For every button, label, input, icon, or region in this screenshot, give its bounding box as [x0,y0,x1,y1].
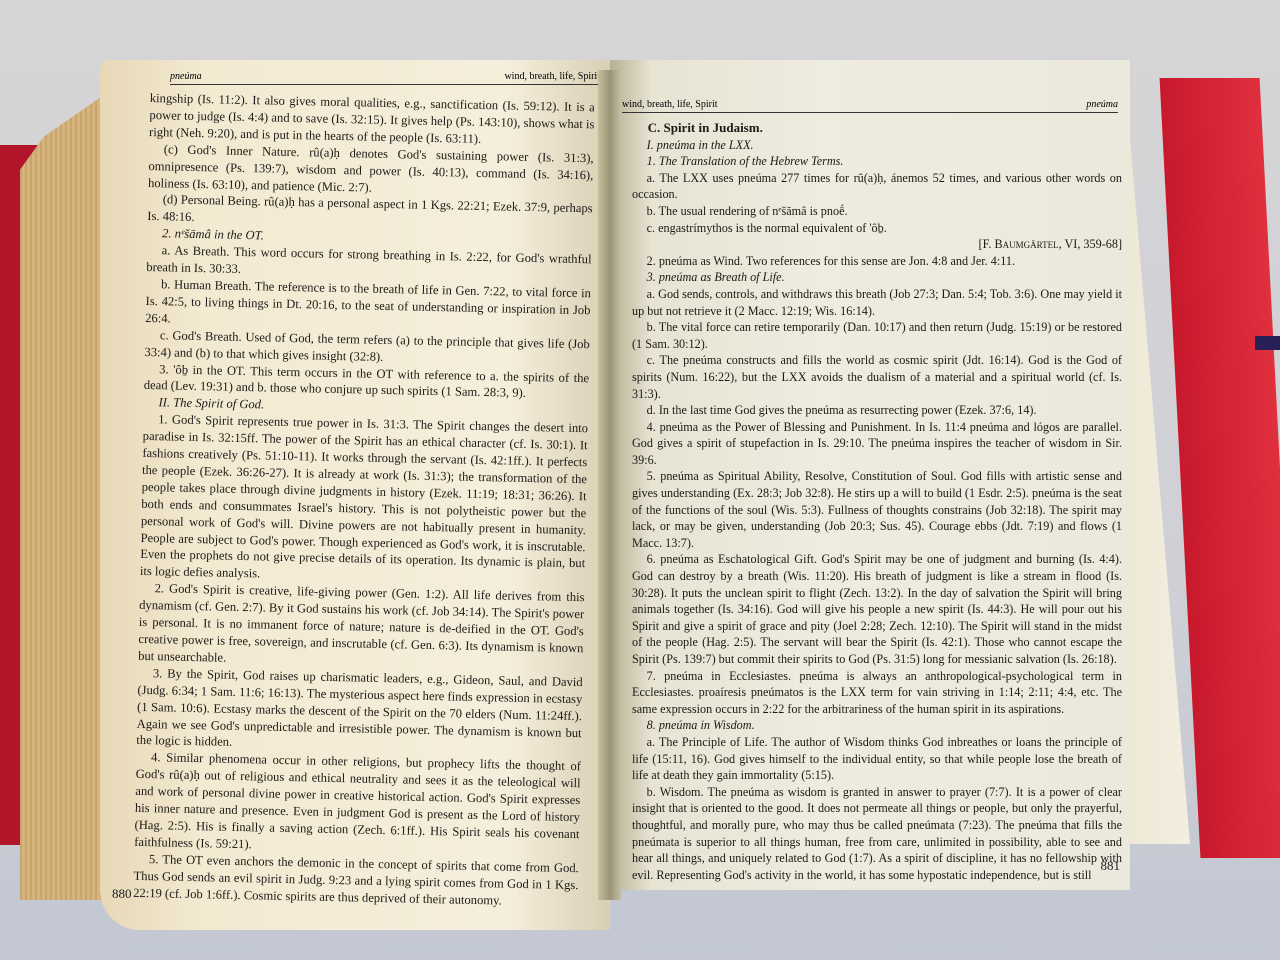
right-page: wind, breath, life, Spirit pneúma C. Spi… [610,60,1130,890]
section-heading: C. Spirit in Judaism. [632,120,1122,137]
running-header: pneúma wind, breath, life, Spirit [170,68,600,85]
author-citation: [F. Baumgärtel, VI, 359-68] [632,236,1122,253]
header-gloss: wind, breath, life, Spirit [504,71,600,82]
book-gutter [598,70,622,900]
paragraph: a. God sends, controls, and withdraws th… [632,286,1122,319]
paragraph: b. Human Breath. The reference is to the… [145,276,591,336]
page-number: 880 [112,886,132,902]
paragraph: b. Wisdom. The pneúma as wisdom is grant… [632,784,1122,884]
header-term: pneúma [1086,99,1118,110]
paragraph: 6. pneúma as Eschatological Gift. God's … [632,551,1122,667]
paragraph: 2. pneúma as Wind. Two references for th… [632,253,1122,270]
paragraph: kingship (Is. 11:2). It also gives moral… [149,90,595,150]
subheading: 3. pneúma as Breath of Life. [632,269,1122,286]
subheading: 1. The Translation of the Hebrew Terms. [632,153,1122,170]
paragraph: a. The LXX uses pneúma 277 times for rû(… [632,170,1122,203]
header-term: pneúma [170,71,202,82]
subheading: 8. pneúma in Wisdom. [632,717,1122,734]
paragraph: d. In the last time God gives the pneúma… [632,402,1122,419]
paragraph: 7. pneúma in Ecclesiastes. pneúma is alw… [632,668,1122,718]
paragraph: b. The vital force can retire temporaril… [632,319,1122,352]
header-gloss: wind, breath, life, Spirit [622,99,718,110]
page-body: C. Spirit in Judaism. I. pneúma in the L… [632,120,1122,883]
paragraph: 4. pneúma as the Power of Blessing and P… [632,419,1122,469]
page-body: kingship (Is. 11:2). It also gives moral… [133,90,595,911]
paragraph: c. The pneúma constructs and fills the w… [632,352,1122,402]
paragraph: 1. God's Spirit represents true power in… [140,411,588,589]
cover-band [1255,336,1280,350]
page-number: 881 [1101,858,1121,874]
running-header: wind, breath, life, Spirit pneúma [622,96,1118,113]
paragraph: (c) God's Inner Nature. rû(a)ḥ denotes G… [148,141,594,201]
subheading: I. pneúma in the LXX. [632,137,1122,154]
paragraph: 5. pneúma as Spiritual Ability, Resolve,… [632,468,1122,551]
left-page: pneúma wind, breath, life, Spirit kingsh… [100,60,610,930]
paragraph: a. The Principle of Life. The author of … [632,734,1122,784]
paragraph: 3. By the Spirit, God raises up charisma… [136,665,583,759]
paragraph: 4. Similar phenomena occur in other reli… [134,749,581,860]
paragraph: c. engastrímythos is the normal equivale… [632,220,1122,237]
paragraph: 2. God's Spirit is creative, life-giving… [138,580,585,674]
paragraph: b. The usual rendering of nᵉšāmâ is pnoḗ… [632,203,1122,220]
paragraph: 5. The OT even anchors the demonic in th… [133,851,579,911]
